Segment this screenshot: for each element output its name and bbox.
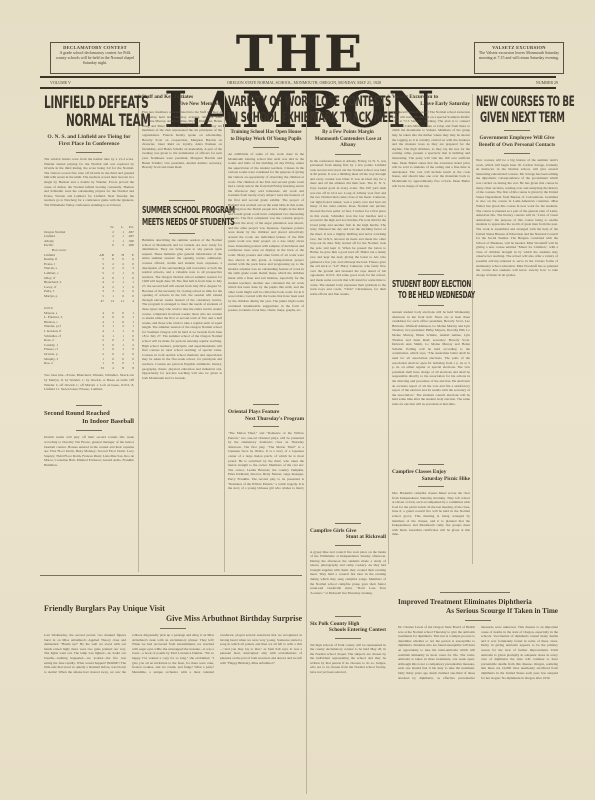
article-body: The wildcat batters were from the leathe… xyxy=(44,157,134,225)
separator xyxy=(335,545,361,546)
article-body: An exhibition of some of the work done i… xyxy=(228,152,304,400)
separator xyxy=(335,523,361,524)
ear-text: A grade school declamatory contest for P… xyxy=(54,50,136,65)
masthead-rule-bottom xyxy=(40,87,556,89)
separator xyxy=(76,430,102,431)
headline: STUDENT BODY ELECTION xyxy=(392,279,440,290)
separator xyxy=(504,153,530,154)
article-body: Six high schools of Polk county will be … xyxy=(310,643,386,693)
masthead-rule-top xyxy=(40,76,556,78)
headline: Five New Members xyxy=(142,101,222,108)
separator xyxy=(160,628,186,629)
separator xyxy=(418,305,444,306)
subhead: Government Employee Will Give Benefit of… xyxy=(476,135,558,149)
table-total: 33488 xyxy=(44,366,134,371)
box-score-summary: Two base hits—Evans, Blanchard, Wander, … xyxy=(44,373,134,401)
separator xyxy=(169,233,195,234)
headline: GIVEN NEXT TERM xyxy=(480,110,528,126)
headline: NORMAL TEAM xyxy=(66,112,108,130)
issue-number: NUMBER 29 xyxy=(536,80,558,85)
separator xyxy=(76,405,102,406)
separator xyxy=(504,130,530,131)
ear-declamatory-contest: DECLAMATORY CONTEST A grade school decla… xyxy=(50,42,140,74)
subhead: O. N. S. and Linfield are Tieing for Fir… xyxy=(44,134,134,148)
article-school-exhibit: VARIETY OF WORK IN SCHOOL EXHIBIT Traini… xyxy=(228,94,304,491)
headline: As Serious Scourge If Taken in Time xyxy=(398,607,558,616)
column-divider xyxy=(138,94,139,572)
headline: IN SCHOOL EXHIBIT xyxy=(228,110,275,126)
ear-valsetz-excursion: VALSETZ EXCURSION The Valsetz excursion … xyxy=(474,42,564,74)
separator xyxy=(465,620,491,621)
subhead: By a Few Points Margin Monmouth Contende… xyxy=(310,130,386,150)
article-body: Dr. Charles Lewis of the Oregon State Bo… xyxy=(398,625,558,743)
column-divider xyxy=(224,94,225,572)
column-divider xyxy=(306,94,307,794)
article-staff-key: Staff and Key Initiates Five New Members… xyxy=(142,94,222,554)
headline: Leave Early Saturday xyxy=(392,101,470,108)
separator xyxy=(40,575,302,576)
article-body: Bulletins describing the summer session … xyxy=(142,238,222,554)
separator xyxy=(418,274,444,275)
article-body: Last Wednesday, the second period, two m… xyxy=(44,633,302,751)
separator xyxy=(76,152,102,153)
column-divider xyxy=(388,94,389,564)
headline: Stunt at Rickreall xyxy=(310,534,386,541)
headline: LINFIELD DEFEATS xyxy=(44,94,100,112)
newspaper-page: DECLAMATORY CONTEST A grade school decla… xyxy=(0,0,595,800)
headline: CLOSE CONTESTS xyxy=(310,94,357,110)
separator xyxy=(335,616,361,617)
separator xyxy=(335,154,361,155)
ons-box-score: O.N.S.Mayers, s4001L. Entzicer, 34001Hud… xyxy=(44,306,134,370)
linfield-box-score: LinfieldABRHERasmp, lf5000Evans, l5220Wa… xyxy=(44,253,134,304)
headline: MEETS NEEDS OF STUDENTS xyxy=(142,217,192,229)
table-total: 4713114 xyxy=(44,299,134,304)
article-linfield: LINFIELD DEFEATS NORMAL TEAM O. N. S. an… xyxy=(44,94,134,487)
article-body: In the conference meet at Albany, Friday… xyxy=(310,159,386,519)
headline: Next Thursday's Program xyxy=(228,416,304,423)
separator xyxy=(440,592,510,593)
article-body: A gypsy hike and council fire took place… xyxy=(310,550,386,612)
headline: Second Round Reached xyxy=(44,410,134,418)
dateline-text: OREGON STATE NORMAL SCHOOL, MONMOUTH, OR… xyxy=(50,80,558,85)
separator xyxy=(418,464,444,465)
article-body: Five new members were initiated into the… xyxy=(142,110,222,196)
article-valsetz: Valsetz Excursion to Leave Early Saturda… xyxy=(392,94,470,575)
article-body: Dormit teams will play off their second … xyxy=(44,435,134,487)
headline: Friendly Burglars Pay Unique Visit xyxy=(44,604,302,614)
separator xyxy=(418,486,444,487)
headline: Improved Treatment Eliminates Diphtheria xyxy=(398,598,558,607)
separator xyxy=(335,638,361,639)
article-body: All aboard! Valsetz bound! The Normal sc… xyxy=(392,110,470,270)
headline: VARIETY OF WORK xyxy=(228,94,275,110)
headline: SUMMER SCHOOL PROGRAM xyxy=(142,205,192,217)
separator xyxy=(253,147,279,148)
headline: In Indoor Baseball xyxy=(44,418,134,426)
article-diphtheria: Improved Treatment Eliminates Diphtheria… xyxy=(398,598,558,743)
article-track-meet: CLOSE CONTESTS MARK TRACK MEET By a Few … xyxy=(310,94,386,693)
headline: Schools Entering Contest xyxy=(310,627,386,634)
standings-table: W.L.Pct.Oregon Normal21.667Linfield21.66… xyxy=(44,225,134,248)
headline: NEW COURSES TO BE xyxy=(476,94,527,110)
headline: Saturday Picnic Hike xyxy=(392,476,470,483)
article-burglars: Friendly Burglars Pay Unique Visit Give … xyxy=(44,604,302,751)
article-new-courses: NEW COURSES TO BE GIVEN NEXT TERM Govern… xyxy=(476,94,558,562)
article-body: New courses will be a big feature of the… xyxy=(476,158,558,562)
separator xyxy=(253,404,279,405)
ear-text: The Valsetz excursion leaves Monmouth Sa… xyxy=(478,50,560,60)
subhead: Training School Has Open House to Displa… xyxy=(228,130,304,143)
column-divider xyxy=(472,94,473,564)
article-body: Mrs. Barnum's campfire classes hiked acr… xyxy=(392,491,470,575)
article-body: "The Melon Thief," and "Romance of the W… xyxy=(228,431,304,491)
headline: TO BE HELD WEDNESDAY xyxy=(398,290,443,301)
headline: Give Miss Arbuthnot Birthday Surprise xyxy=(44,614,302,624)
headline: MARK TRACK MEET xyxy=(310,110,357,126)
separator xyxy=(169,200,195,201)
separator xyxy=(253,426,279,427)
article-body: Annual student body elections will be he… xyxy=(392,310,470,460)
